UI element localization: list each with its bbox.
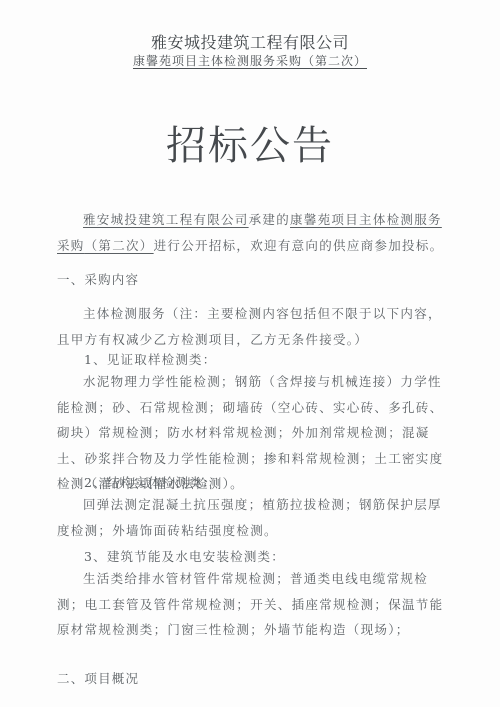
section-heading-overview: 二、项目概况: [57, 669, 139, 687]
project-subtitle: 康馨苑项目主体检测服务采购（第二次）: [0, 52, 500, 69]
document-title: 招标公告: [0, 114, 500, 171]
section-heading-procurement: 一、采购内容: [57, 270, 139, 288]
intro-project-round: （第二次）: [85, 238, 154, 253]
intro-company: 雅安城投建筑工程有限公司: [83, 212, 249, 227]
procurement-note: 主体检测服务（注：主要检测内容包括但不限于以下内容，且甲方有权减少乙方检测项目，…: [57, 301, 447, 352]
category-content-2: 回弹法测定混凝土抗压强度；植筋拉拔检测；钢筋保护层厚度检测；外墙饰面砖粘结强度检…: [57, 492, 447, 543]
project-name: 康馨苑项目主体检测服务采购（第二次）: [133, 54, 367, 68]
category-label-2: 2、结构实体检测类：: [84, 473, 216, 491]
company-name: 雅安城投建筑工程有限公司: [0, 30, 500, 53]
category-label-3: 3、建筑节能及水电安装检测类：: [84, 547, 285, 565]
intro-paragraph: 雅安城投建筑工程有限公司承建的康馨苑项目主体检测服务采购（第二次）进行公开招标，…: [57, 207, 447, 258]
intro-connector: 承建的: [249, 212, 290, 227]
intro-rest: 进行公开招标，欢迎有意向的供应商参加投标。: [154, 238, 444, 253]
document-page: 雅安城投建筑工程有限公司 康馨苑项目主体检测服务采购（第二次） 招标公告 雅安城…: [0, 0, 500, 707]
category-content-3: 生活类给排水管材管件常规检测；普通类电线电缆常规检测；电工套管及管件常规检测；开…: [57, 566, 447, 643]
category-label-1: 1、见证取样检测类：: [84, 350, 216, 368]
